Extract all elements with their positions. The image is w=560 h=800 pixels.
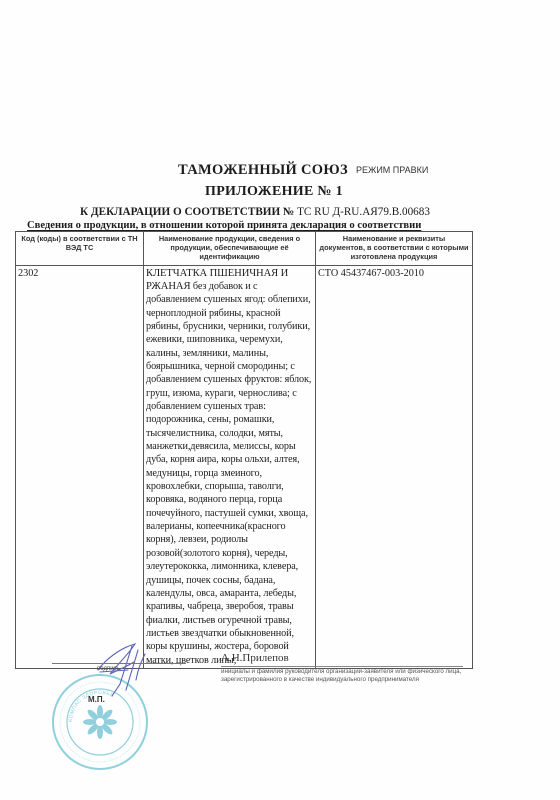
union-title: ТАМОЖЕННЫЙ СОЮЗ xyxy=(178,162,348,179)
column-header-name: Наименование продукции, сведения о проду… xyxy=(144,232,316,266)
product-table: Код (коды) в соответствии с ТН ВЭД ТС На… xyxy=(15,231,473,669)
signer-name: А.Н.Прилепов xyxy=(221,652,289,664)
cell-product-name: КЛЕТЧАТКА ПШЕНИЧНАЯ И РЖАНАЯ без добавок… xyxy=(144,265,316,668)
signer-note: инициалы и фамилия руководителя организа… xyxy=(221,668,471,684)
column-header-documents: Наименование и реквизиты документов, в с… xyxy=(316,232,473,266)
signature-line xyxy=(52,663,186,664)
declaration-number: ТС RU Д-RU.АЯ79.В.00683 xyxy=(297,206,430,218)
signature-label: подпись xyxy=(97,666,120,672)
signer-line xyxy=(221,666,463,667)
table-row: 2302 КЛЕТЧАТКА ПШЕНИЧНАЯ И РЖАНАЯ без до… xyxy=(16,265,473,668)
stamp-place-label: М.П. xyxy=(88,695,105,704)
product-name-body: без добавок и с добавлением сушеных ягод… xyxy=(146,281,311,666)
declaration-prefix: К ДЕКЛАРАЦИИ О СООТВЕТСТВИИ № xyxy=(80,206,294,218)
product-info-heading: Сведения о продукции, в отношении которо… xyxy=(27,220,421,231)
cell-code: 2302 xyxy=(16,265,144,668)
declaration-line: К ДЕКЛАРАЦИИ О СООТВЕТСТВИИ № ТС RU Д-RU… xyxy=(80,206,430,218)
flower-icon xyxy=(83,705,117,739)
edit-mode-label: РЕЖИМ ПРАВКИ xyxy=(356,165,428,175)
appendix-title: ПРИЛОЖЕНИЕ № 1 xyxy=(205,184,343,200)
table-header-row: Код (коды) в соответствии с ТН ВЭД ТС На… xyxy=(16,232,473,266)
column-header-code: Код (коды) в соответствии с ТН ВЭД ТС xyxy=(16,232,144,266)
cell-document: СТО 45437467-003-2010 xyxy=(316,265,473,668)
